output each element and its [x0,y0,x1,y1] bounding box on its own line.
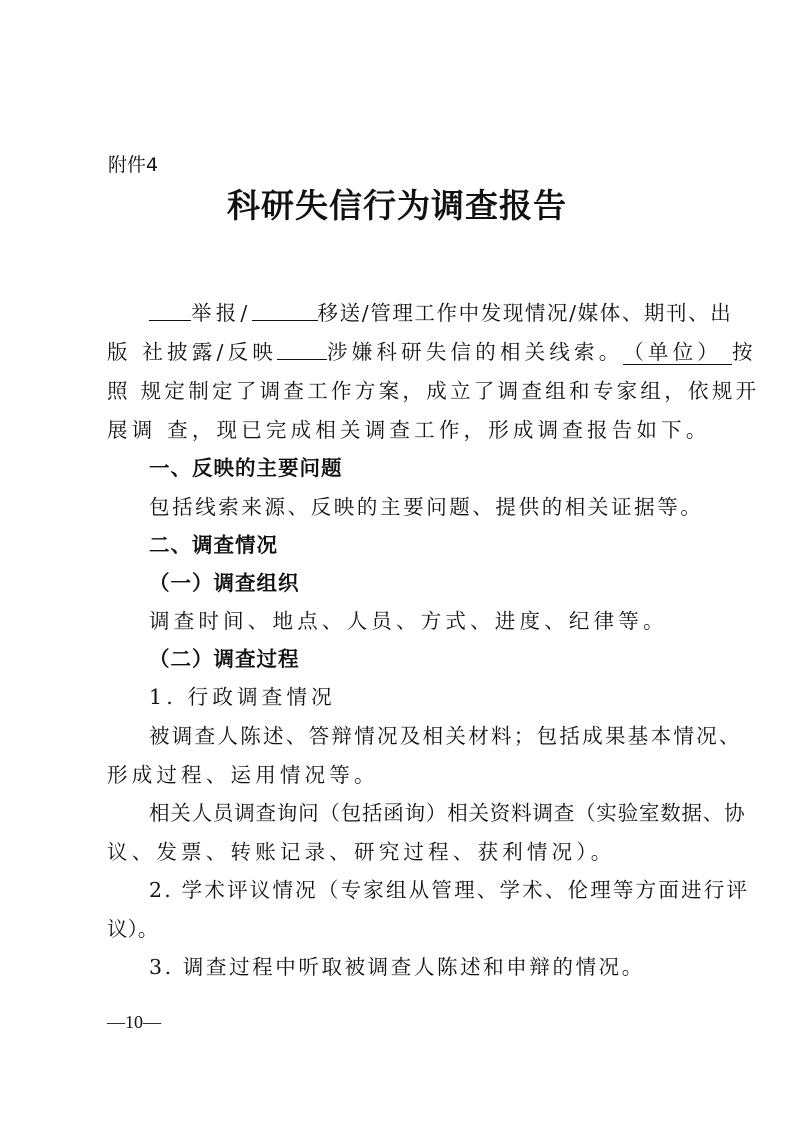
intro-text: 按 [732,340,757,364]
intro-text: 版 社披露/反映 [107,340,277,364]
blank-field-transfer[interactable] [252,298,318,321]
item-1-para-2-line-2: 议、发票、转账记录、研究过程、获利情况）。 [107,837,691,867]
item-1-title: 1. 行政调查情况 [149,682,691,712]
section-1-heading: 一、反映的主要问题 [149,453,691,483]
item-1-para-2-line-1: 相关人员调查询问（包括函询）相关资料调查（实验室数据、协 [149,798,691,828]
item-1-para-1-line-1: 被调查人陈述、答辩情况及相关材料；包括成果基本情况、 [149,721,691,751]
intro-text: 举报/ [191,301,252,325]
section-2-heading: 二、调查情况 [149,530,691,560]
intro-line-2: 版 社披露/反映涉嫌科研失信的相关线索。（单位）按 [107,337,691,367]
item-2-line-1: 2. 学术评议情况（专家组从管理、学术、伦理等方面进行评 [149,875,691,905]
intro-text: 涉嫌科研失信的相关线索。 [327,340,623,364]
section-2-1-body: 调查时间、地点、人员、方式、进度、纪律等。 [149,606,691,636]
intro-line-1: 举报/移送/管理工作中发现情况/媒体、期刊、出 [107,298,691,328]
item-1-para-1-line-2: 形成过程、运用情况等。 [107,760,691,790]
section-2-1-heading: （一）调查组织 [149,568,691,598]
intro-line-3: 照 规定制定了调查工作方案，成立了调查组和专家组，依规开 [107,376,691,406]
section-1-body: 包括线索来源、反映的主要问题、提供的相关证据等。 [149,492,691,522]
blank-field-reporter[interactable] [149,298,191,321]
blank-field-reflect[interactable] [277,337,327,360]
unit-field[interactable]: （单位） [623,340,732,365]
attachment-label: 附件4 [108,150,158,177]
intro-text: 移送/管理工作中发现情况/媒体、期刊、出 [318,301,733,325]
section-2-2-heading: （二）调查过程 [149,644,691,674]
item-3: 3. 调查过程中听取被调查人陈述和申辩的情况。 [149,952,691,982]
document-title: 科研失信行为调查报告 [0,180,794,227]
page-number: —10— [107,1012,161,1033]
item-2-line-2: 议）。 [107,914,691,944]
intro-line-4: 展调 查，现已完成相关调查工作，形成调查报告如下。 [107,415,691,445]
